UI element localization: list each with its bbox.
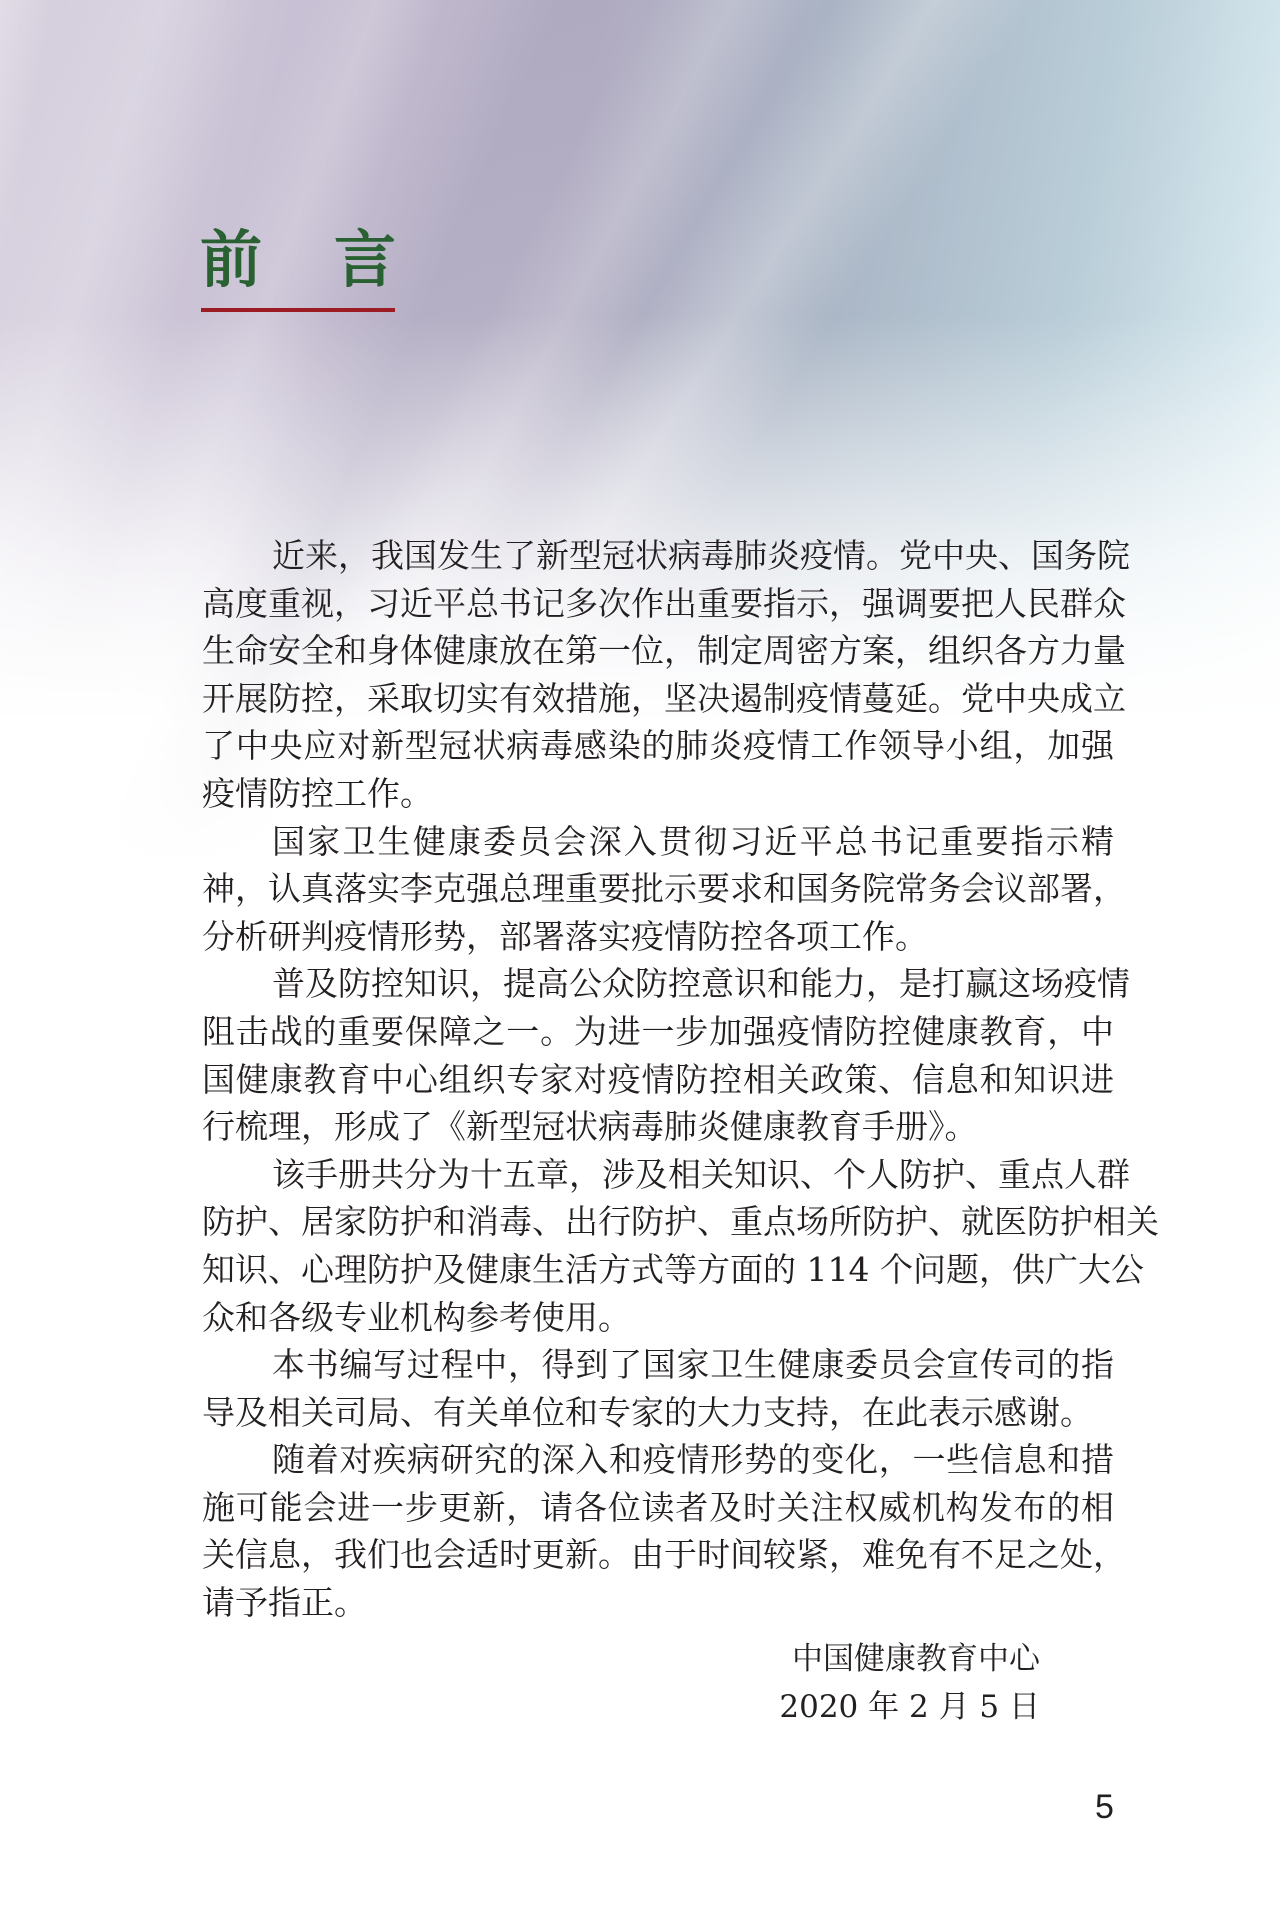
paragraph: 近来，我国发生了新型冠状病毒肺炎疫情。党中央、国务院 高度重视，习近平总书记多次… <box>202 532 1114 818</box>
page-title: 前 言 <box>200 222 396 298</box>
text-line: 了中央应对新型冠状病毒感染的肺炎疫情工作领导小组，加强 <box>202 722 1114 770</box>
text-line: 导及相关司局、有关单位和专家的大力支持，在此表示感谢。 <box>202 1389 1114 1437</box>
text-line: 国健康教育中心组织专家对疫情防控相关政策、信息和知识进 <box>202 1056 1114 1104</box>
paragraph: 随着对疾病研究的深入和疫情形势的变化，一些信息和措 施可能会进一步更新，请各位读… <box>202 1436 1114 1626</box>
text-line: 神，认真落实李克强总理重要批示要求和国务院常务会议部署， <box>202 865 1114 913</box>
preface-body: 近来，我国发生了新型冠状病毒肺炎疫情。党中央、国务院 高度重视，习近平总书记多次… <box>202 532 1114 1627</box>
text-line: 施可能会进一步更新，请各位读者及时关注权威机构发布的相 <box>202 1484 1114 1532</box>
text-line: 关信息，我们也会适时更新。由于时间较紧，难免有不足之处， <box>202 1531 1114 1579</box>
page-number: 5 <box>1095 1787 1114 1827</box>
text-line: 防护、居家防护和消毒、出行防护、重点场所防护、就医防护相关 <box>202 1198 1114 1246</box>
text-line: 行梳理，形成了《新型冠状病毒肺炎健康教育手册》。 <box>202 1103 1114 1151</box>
text-line: 国家卫生健康委员会深入贯彻习近平总书记重要指示精 <box>202 818 1114 866</box>
signature-date: 2020 年 2 月 5 日 <box>779 1684 1040 1732</box>
text-line: 随着对疾病研究的深入和疫情形势的变化，一些信息和措 <box>202 1436 1114 1484</box>
text-line: 疫情防控工作。 <box>202 770 1114 818</box>
paragraph: 该手册共分为十五章，涉及相关知识、个人防护、重点人群 防护、居家防护和消毒、出行… <box>202 1151 1114 1341</box>
page-title-char: 前 <box>200 222 262 298</box>
text-line: 分析研判疫情形势，部署落实疫情防控各项工作。 <box>202 913 1114 961</box>
text-line: 普及防控知识，提高公众防控意识和能力，是打赢这场疫情 <box>202 960 1114 1008</box>
title-underline <box>201 308 395 312</box>
paragraph: 本书编写过程中，得到了国家卫生健康委员会宣传司的指 导及相关司局、有关单位和专家… <box>202 1341 1114 1436</box>
signature-block: 中国健康教育中心 2020 年 2 月 5 日 <box>779 1636 1040 1731</box>
paragraph: 国家卫生健康委员会深入贯彻习近平总书记重要指示精 神，认真落实李克强总理重要批示… <box>202 818 1114 961</box>
signature-organization: 中国健康教育中心 <box>779 1636 1040 1684</box>
text-line: 众和各级专业机构参考使用。 <box>202 1294 1114 1342</box>
text-line: 知识、心理防护及健康生活方式等方面的 114 个问题，供广大公 <box>202 1246 1114 1294</box>
page-title-char: 言 <box>334 222 396 298</box>
text-line: 近来，我国发生了新型冠状病毒肺炎疫情。党中央、国务院 <box>202 532 1114 580</box>
text-line: 阻击战的重要保障之一。为进一步加强疫情防控健康教育，中 <box>202 1008 1114 1056</box>
text-line: 本书编写过程中，得到了国家卫生健康委员会宣传司的指 <box>202 1341 1114 1389</box>
text-line: 高度重视，习近平总书记多次作出重要指示，强调要把人民群众 <box>202 580 1114 628</box>
paragraph: 普及防控知识，提高公众防控意识和能力，是打赢这场疫情 阻击战的重要保障之一。为进… <box>202 960 1114 1150</box>
text-line: 该手册共分为十五章，涉及相关知识、个人防护、重点人群 <box>202 1151 1114 1199</box>
text-line: 生命安全和身体健康放在第一位，制定周密方案，组织各方力量 <box>202 627 1114 675</box>
text-line: 请予指正。 <box>202 1579 1114 1627</box>
text-line: 开展防控，采取切实有效措施，坚决遏制疫情蔓延。党中央成立 <box>202 675 1114 723</box>
